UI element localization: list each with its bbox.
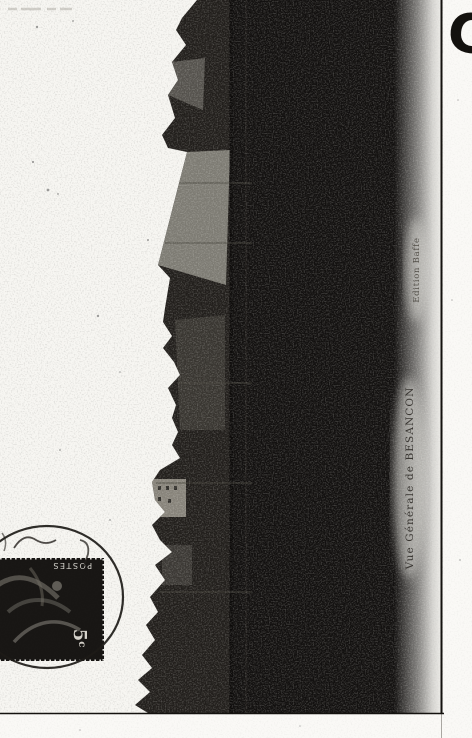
paper-grain bbox=[0, 0, 472, 738]
scanned-postcard: Vue Générale de BESANCON Edition Baffe P… bbox=[0, 0, 472, 738]
postcard-scan-svg: Vue Générale de BESANCON Edition Baffe P… bbox=[0, 0, 472, 738]
